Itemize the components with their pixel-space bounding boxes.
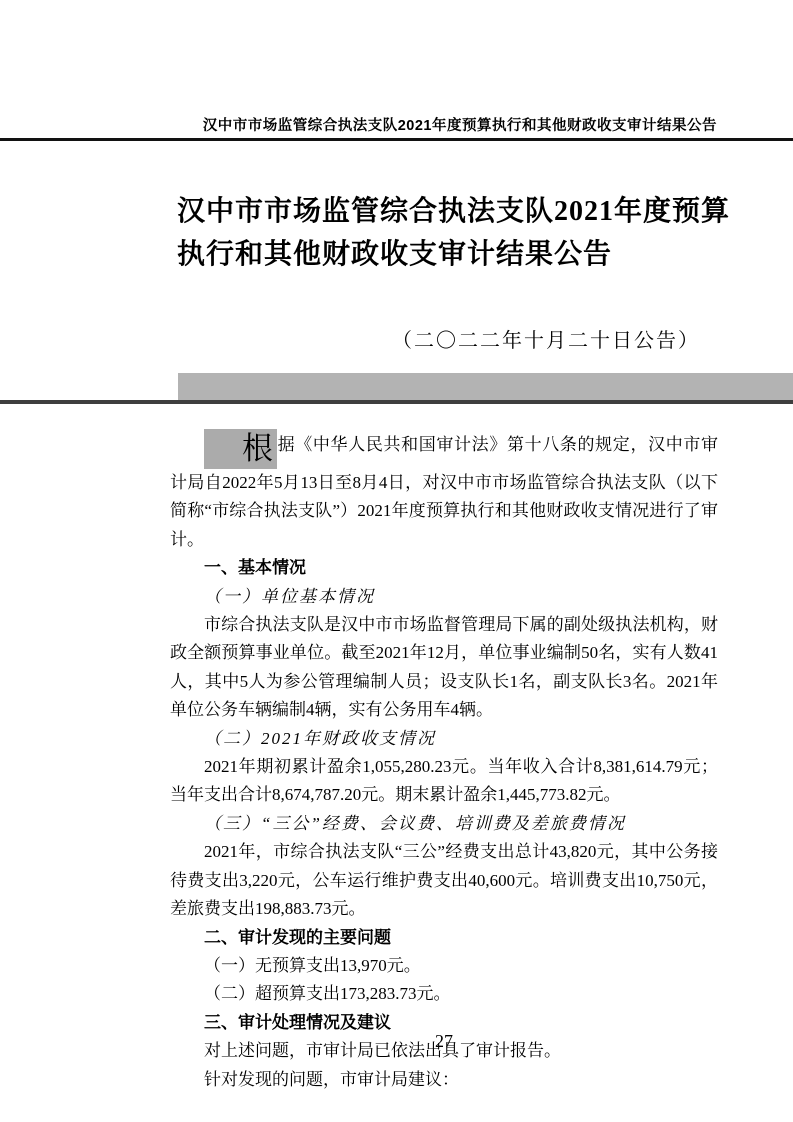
document-title-line1: 汉中市市场监管综合执法支队2021年度预算 — [177, 190, 742, 233]
document-page: 汉中市市场监管综合执法支队2021年度预算执行和其他财政收支审计结果公告 汉中市… — [0, 0, 793, 1122]
paragraph-problem-2: （二）超预算支出173,283.73元。 — [170, 980, 718, 1008]
subsection-three-public-expenses: （三）“三公”经费、会议费、培训费及差旅费情况 — [170, 810, 718, 838]
decorative-gray-bar — [178, 373, 793, 400]
announcement-date: （二〇二二年十月二十日公告） — [170, 324, 718, 353]
paragraph-expense-figures: 2021年，市综合执法支队“三公”经费支出总计43,820元，其中公务接待费支出… — [170, 838, 718, 923]
paragraph-problem-1: （一）无预算支出13,970元。 — [170, 952, 718, 980]
page-number: 27 — [170, 1031, 718, 1052]
subsection-fiscal-2021: （二）2021年财政收支情况 — [170, 725, 718, 753]
paragraph-suggestions-intro: 针对发现的问题，市审计局建议： — [170, 1066, 718, 1094]
document-title: 汉中市市场监管综合执法支队2021年度预算 执行和其他财政收支审计结果公告 — [177, 190, 742, 276]
section-heading-basic-info: 一、基本情况 — [170, 554, 718, 582]
divider-rule — [0, 400, 793, 404]
section-heading-audit-problems: 二、审计发现的主要问题 — [170, 924, 718, 952]
running-header: 汉中市市场监管综合执法支队2021年度预算执行和其他财政收支审计结果公告 — [80, 114, 717, 135]
subsection-unit-basic-info: （一）单位基本情况 — [170, 583, 718, 611]
document-body: 根据《中华人民共和国审计法》第十八条的规定，汉中市审计局自2022年5月13日至… — [170, 429, 718, 1094]
dropcap-character: 根 — [204, 429, 277, 469]
document-title-line2: 执行和其他财政收支审计结果公告 — [177, 233, 742, 276]
lead-paragraph: 根据《中华人民共和国审计法》第十八条的规定，汉中市审计局自2022年5月13日至… — [170, 429, 718, 554]
paragraph-unit-description: 市综合执法支队是汉中市市场监督管理局下属的副处级执法机构，财政全额预算事业单位。… — [170, 611, 718, 725]
paragraph-fiscal-figures: 2021年期初累计盈余1,055,280.23元。当年收入合计8,381,614… — [170, 753, 718, 810]
header-rule — [0, 138, 793, 141]
